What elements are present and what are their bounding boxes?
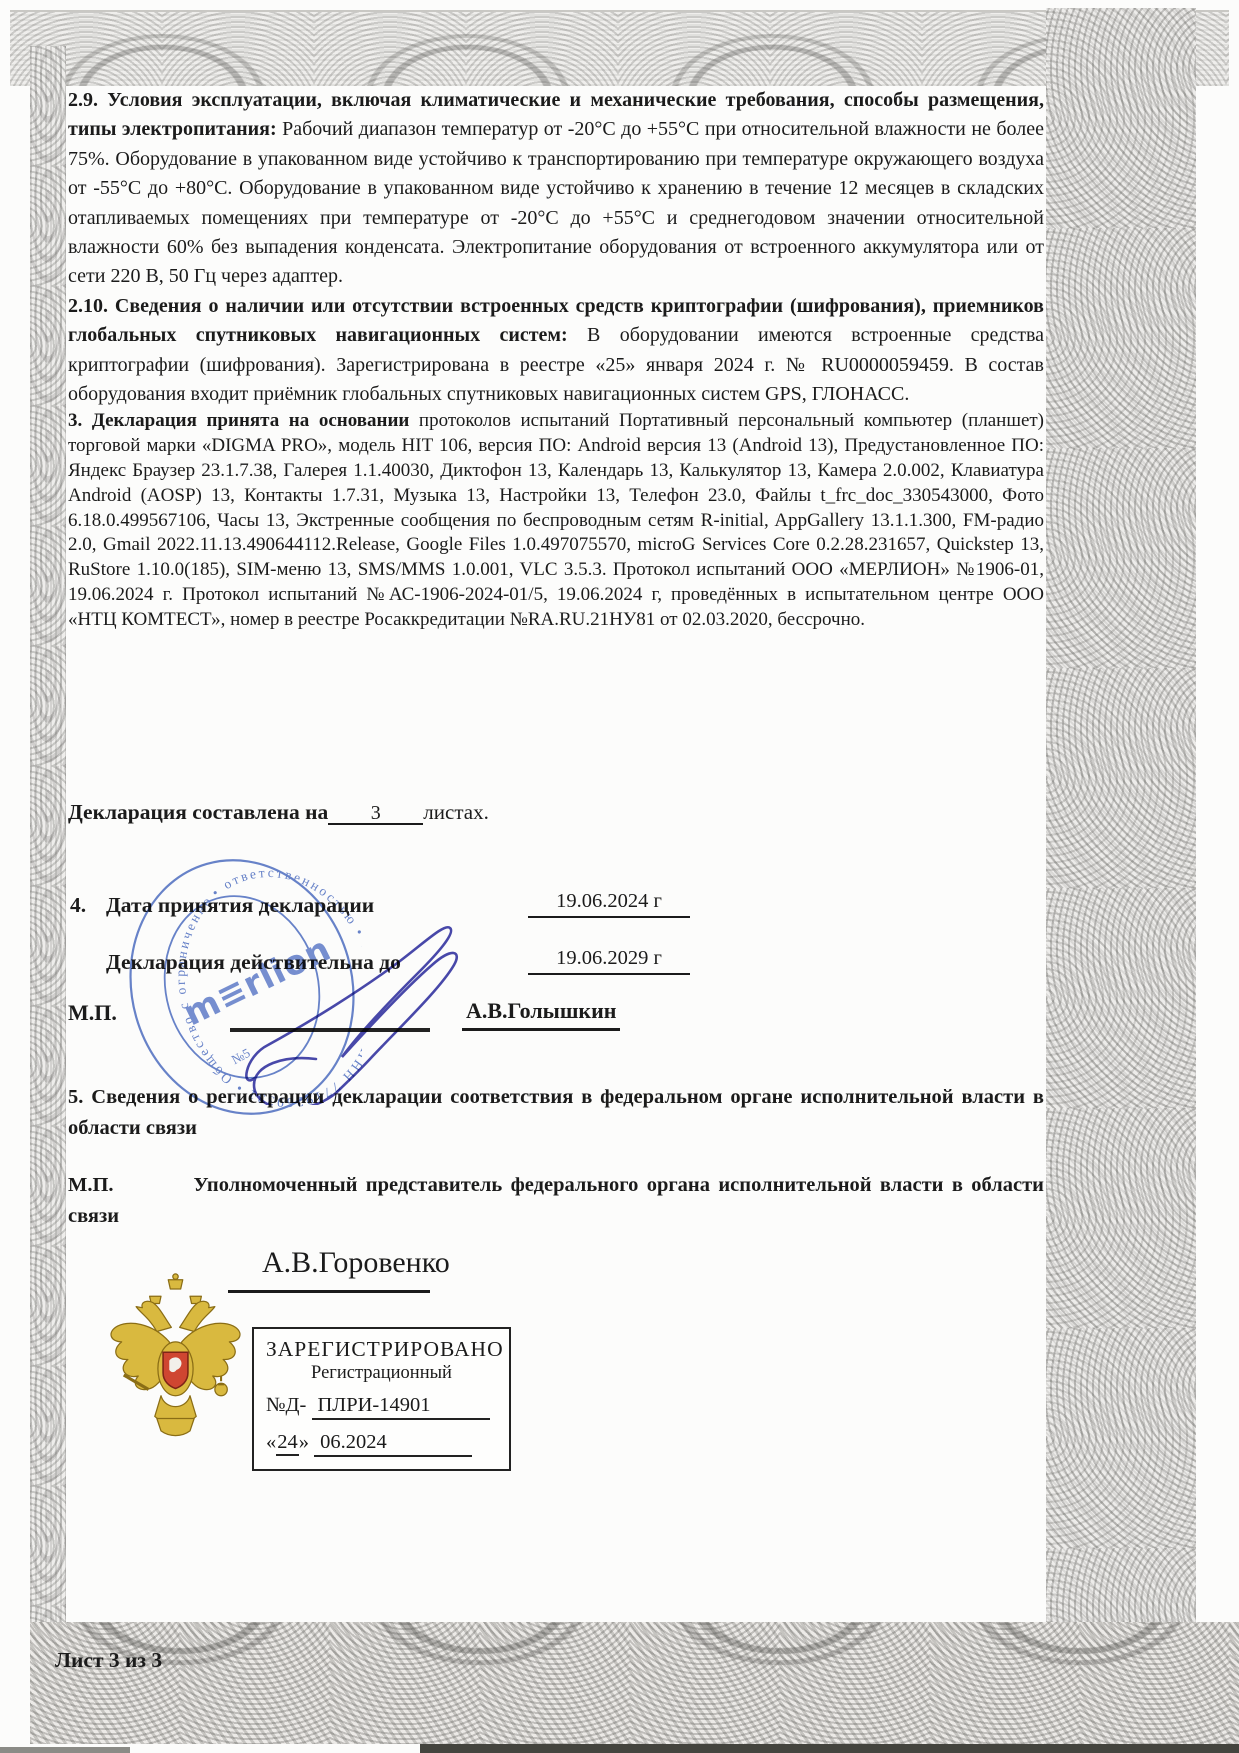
signer-name-gorovenko: А.В.Горовенко [262,1246,450,1280]
section-2-10: 2.10. Сведения о наличии или отсутствии … [68,292,1044,410]
guilloche-border-bottom [30,1622,1239,1744]
sheets-count-prefix: Декларация составлена на [68,800,328,824]
acceptance-date-value: 19.06.2024 г [528,890,690,918]
registration-number-caption: Регистрационный [266,1363,497,1384]
russian-coat-of-arms-icon [103,1270,248,1480]
registration-number-prefix: №Д- [266,1394,306,1416]
sheet-number-footer: Лист 3 из 3 [55,1648,162,1673]
sheets-count-line: Декларация составлена на3листах. [68,800,489,825]
registration-day: 24 [276,1431,299,1456]
guilloche-border-right [1046,8,1196,1745]
sheets-count-suffix: листах. [423,800,489,824]
registration-date-line: «24» 06.2024 [266,1431,497,1457]
section-3-title: 3. Декларация принята на основании [68,410,409,431]
scan-edge-artifact-left [0,1747,130,1753]
quote-open: « [266,1431,276,1453]
declaration-document-page: 2.9. Условия эксплуатации, включая клима… [0,0,1239,1753]
quote-close: » [299,1431,314,1453]
registration-number-line: №Д- ПЛРИ-14901 [266,1394,497,1420]
section-3-text: протоколов испытаний Портативный персона… [68,410,1044,629]
guilloche-border-left [30,46,66,1642]
registration-month-year: 06.2024 [314,1431,472,1457]
scan-edge-artifact [420,1744,1239,1753]
signature-icon [238,905,488,1105]
valid-until-value: 19.06.2029 г [528,947,690,975]
registration-box: ЗАРЕГИСТРИРОВАНО Регистрационный №Д- ПЛР… [252,1327,511,1471]
stamp-place-label-1: М.П. [68,1000,117,1026]
section-2-9-text: Рабочий диапазон температур от -20°С до … [68,118,1044,287]
sheets-count-value: 3 [328,803,423,825]
gorovenko-signature-line [228,1290,430,1293]
section-5-representative-line: М.П.Уполномоченный представитель федерал… [68,1170,1044,1232]
document-body: 2.9. Условия эксплуатации, включая клима… [68,86,1044,633]
registration-number-value: ПЛРИ-14901 [312,1394,490,1420]
item-4-number: 4. [70,893,86,918]
representative-text: Уполномоченный представитель федеральног… [68,1174,1044,1227]
section-2-9: 2.9. Условия эксплуатации, включая клима… [68,86,1044,292]
registered-label: ЗАРЕГИСТРИРОВАНО [266,1337,497,1362]
stamp-place-label-2: М.П. [68,1174,114,1196]
section-3: 3. Декларация принята на основании прото… [68,409,1044,632]
